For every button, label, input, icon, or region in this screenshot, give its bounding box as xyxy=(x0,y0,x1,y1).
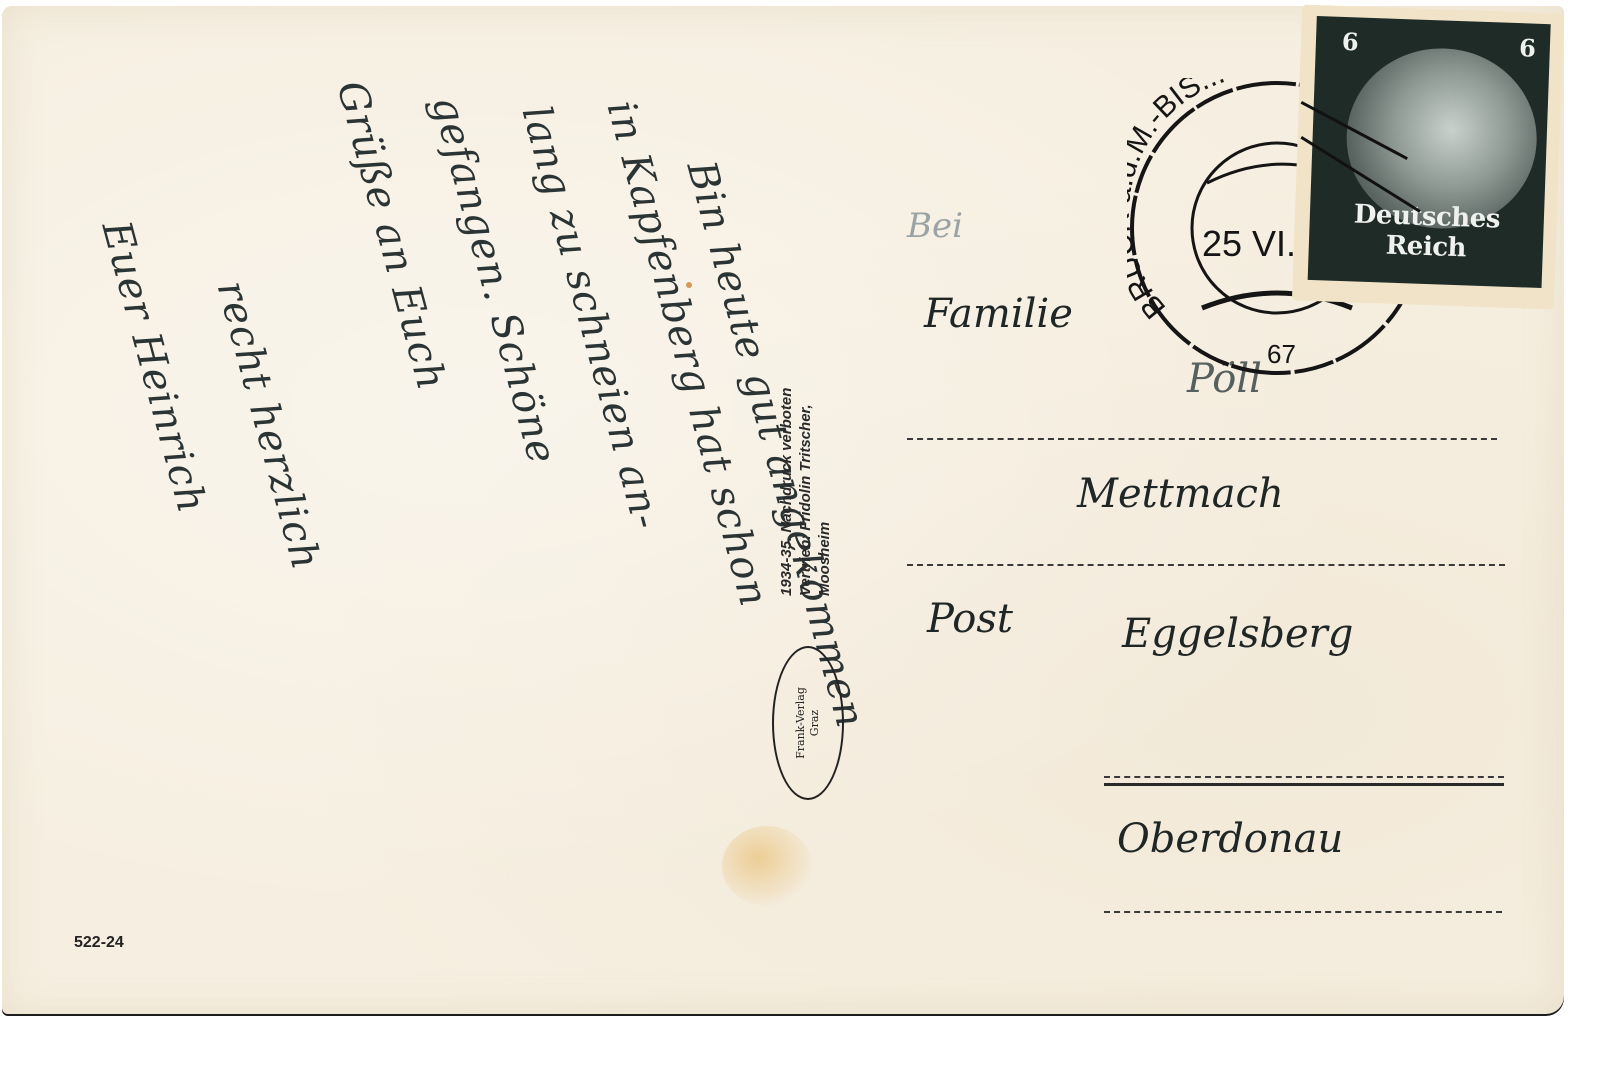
address-rule-3-solid xyxy=(1104,783,1504,786)
foxing-stain xyxy=(722,826,812,906)
address-rule-4 xyxy=(1104,911,1502,913)
postmark-code: 67 xyxy=(1267,339,1296,369)
address-rule-2 xyxy=(907,564,1505,566)
address-line-2: Mettmach xyxy=(1077,471,1284,517)
stamp-value-right: 6 xyxy=(1519,33,1537,63)
imprint-line-3: Moosheim xyxy=(815,226,834,596)
series-number: 522-24 xyxy=(74,934,124,952)
imprint-line-2: Vertrieb: Fridolin Tritscher, xyxy=(796,226,815,596)
publisher-name: Frank-Verlag xyxy=(794,653,808,793)
postmark-place: BRUCK a.d.M.-BIS... xyxy=(1127,78,1229,325)
address-rule-1 xyxy=(907,438,1497,440)
address-line-3: Eggelsberg xyxy=(1122,611,1353,657)
address-line-3-prefix: Post xyxy=(927,596,1013,642)
address-line-4: Oberdonau xyxy=(1117,816,1343,862)
stamp-value-left: 6 xyxy=(1341,27,1359,57)
message-line-7: Euer Heinrich xyxy=(93,216,215,518)
message-line-6: recht herzlich xyxy=(208,276,329,575)
publisher-city: Graz xyxy=(808,653,822,793)
pencil-note: Bei xyxy=(907,206,963,246)
address-line-1: Familie xyxy=(924,291,1073,337)
publisher-imprint: 1934-35. Nachdruck verboten Vertrieb: Fr… xyxy=(777,226,834,596)
publisher-oval-stamp: Frank-Verlag Graz xyxy=(772,646,844,800)
stamp-face: 6 6 Deutsches Reich xyxy=(1308,16,1551,288)
stamp-country: Deutsches Reich xyxy=(1308,198,1544,266)
postcard-back: Bin heute gut angekommen in Kapfenberg h… xyxy=(2,6,1564,1014)
imprint-line-1: 1934-35. Nachdruck verboten xyxy=(777,226,796,596)
address-rule-3 xyxy=(1104,776,1504,778)
